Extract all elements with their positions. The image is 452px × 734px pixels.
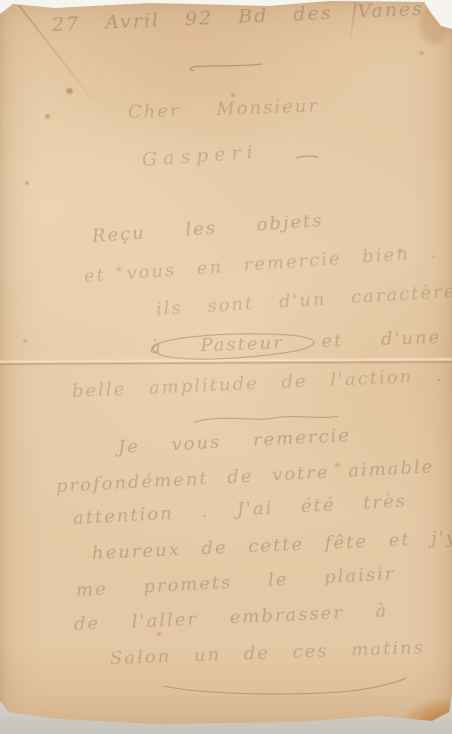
- flourish-wave: [192, 410, 342, 426]
- letter-paper: 27 Avril 92 Bd des Vanes Cher Monsieur G…: [0, 0, 452, 734]
- handwriting-body-line: ils sont d'un caractère: [155, 281, 452, 320]
- foxing-spot: [398, 248, 402, 252]
- handwriting-body-line: et vous en remercie bien .: [83, 241, 439, 287]
- foxing-spot: [419, 51, 424, 55]
- handwriting-salutation-name: Gasperi: [141, 141, 259, 171]
- handwriting-body-line: profondément de votre aimable: [55, 456, 434, 497]
- flourish-closing-swoosh: [160, 676, 410, 702]
- handwriting-body-line: de l'aller embrasser à: [74, 600, 389, 635]
- foxing-spot: [66, 88, 73, 94]
- flourish-under-date: [186, 58, 276, 78]
- handwriting-body-line: Salon un de ces matins: [110, 637, 426, 669]
- handwriting-body-line: Reçu les objets: [91, 210, 324, 247]
- foxing-spot: [25, 181, 29, 185]
- foxing-spot: [23, 339, 27, 343]
- foxing-spot: [157, 632, 161, 636]
- foxing-spot: [335, 463, 340, 467]
- foxing-spot: [45, 114, 50, 119]
- corner-damage-chip: [404, 700, 452, 730]
- handwriting-body-line: attention . J'ai été très: [72, 491, 407, 529]
- handwriting-body-line: heureux de cette fête et j'y: [92, 527, 452, 564]
- handwriting-body-line: belle amplitude de l'action .: [72, 365, 444, 402]
- handwriting-body-line: Je vous remercie: [117, 425, 351, 458]
- foxing-spot: [231, 93, 235, 97]
- handwriting-body-line: me promets le plaisir: [75, 563, 395, 601]
- handwriting-date-line: 27 Avril 92 Bd des Vanes: [52, 0, 425, 36]
- scan-background: 27 Avril 92 Bd des Vanes Cher Monsieur G…: [0, 0, 452, 734]
- handwriting-salutation: Cher Monsieur: [128, 95, 320, 123]
- dash-after-name: [294, 152, 320, 162]
- flourish-circle-pasteur: [144, 328, 324, 364]
- foxing-spot: [117, 267, 121, 271]
- edge-shading: [420, 4, 450, 44]
